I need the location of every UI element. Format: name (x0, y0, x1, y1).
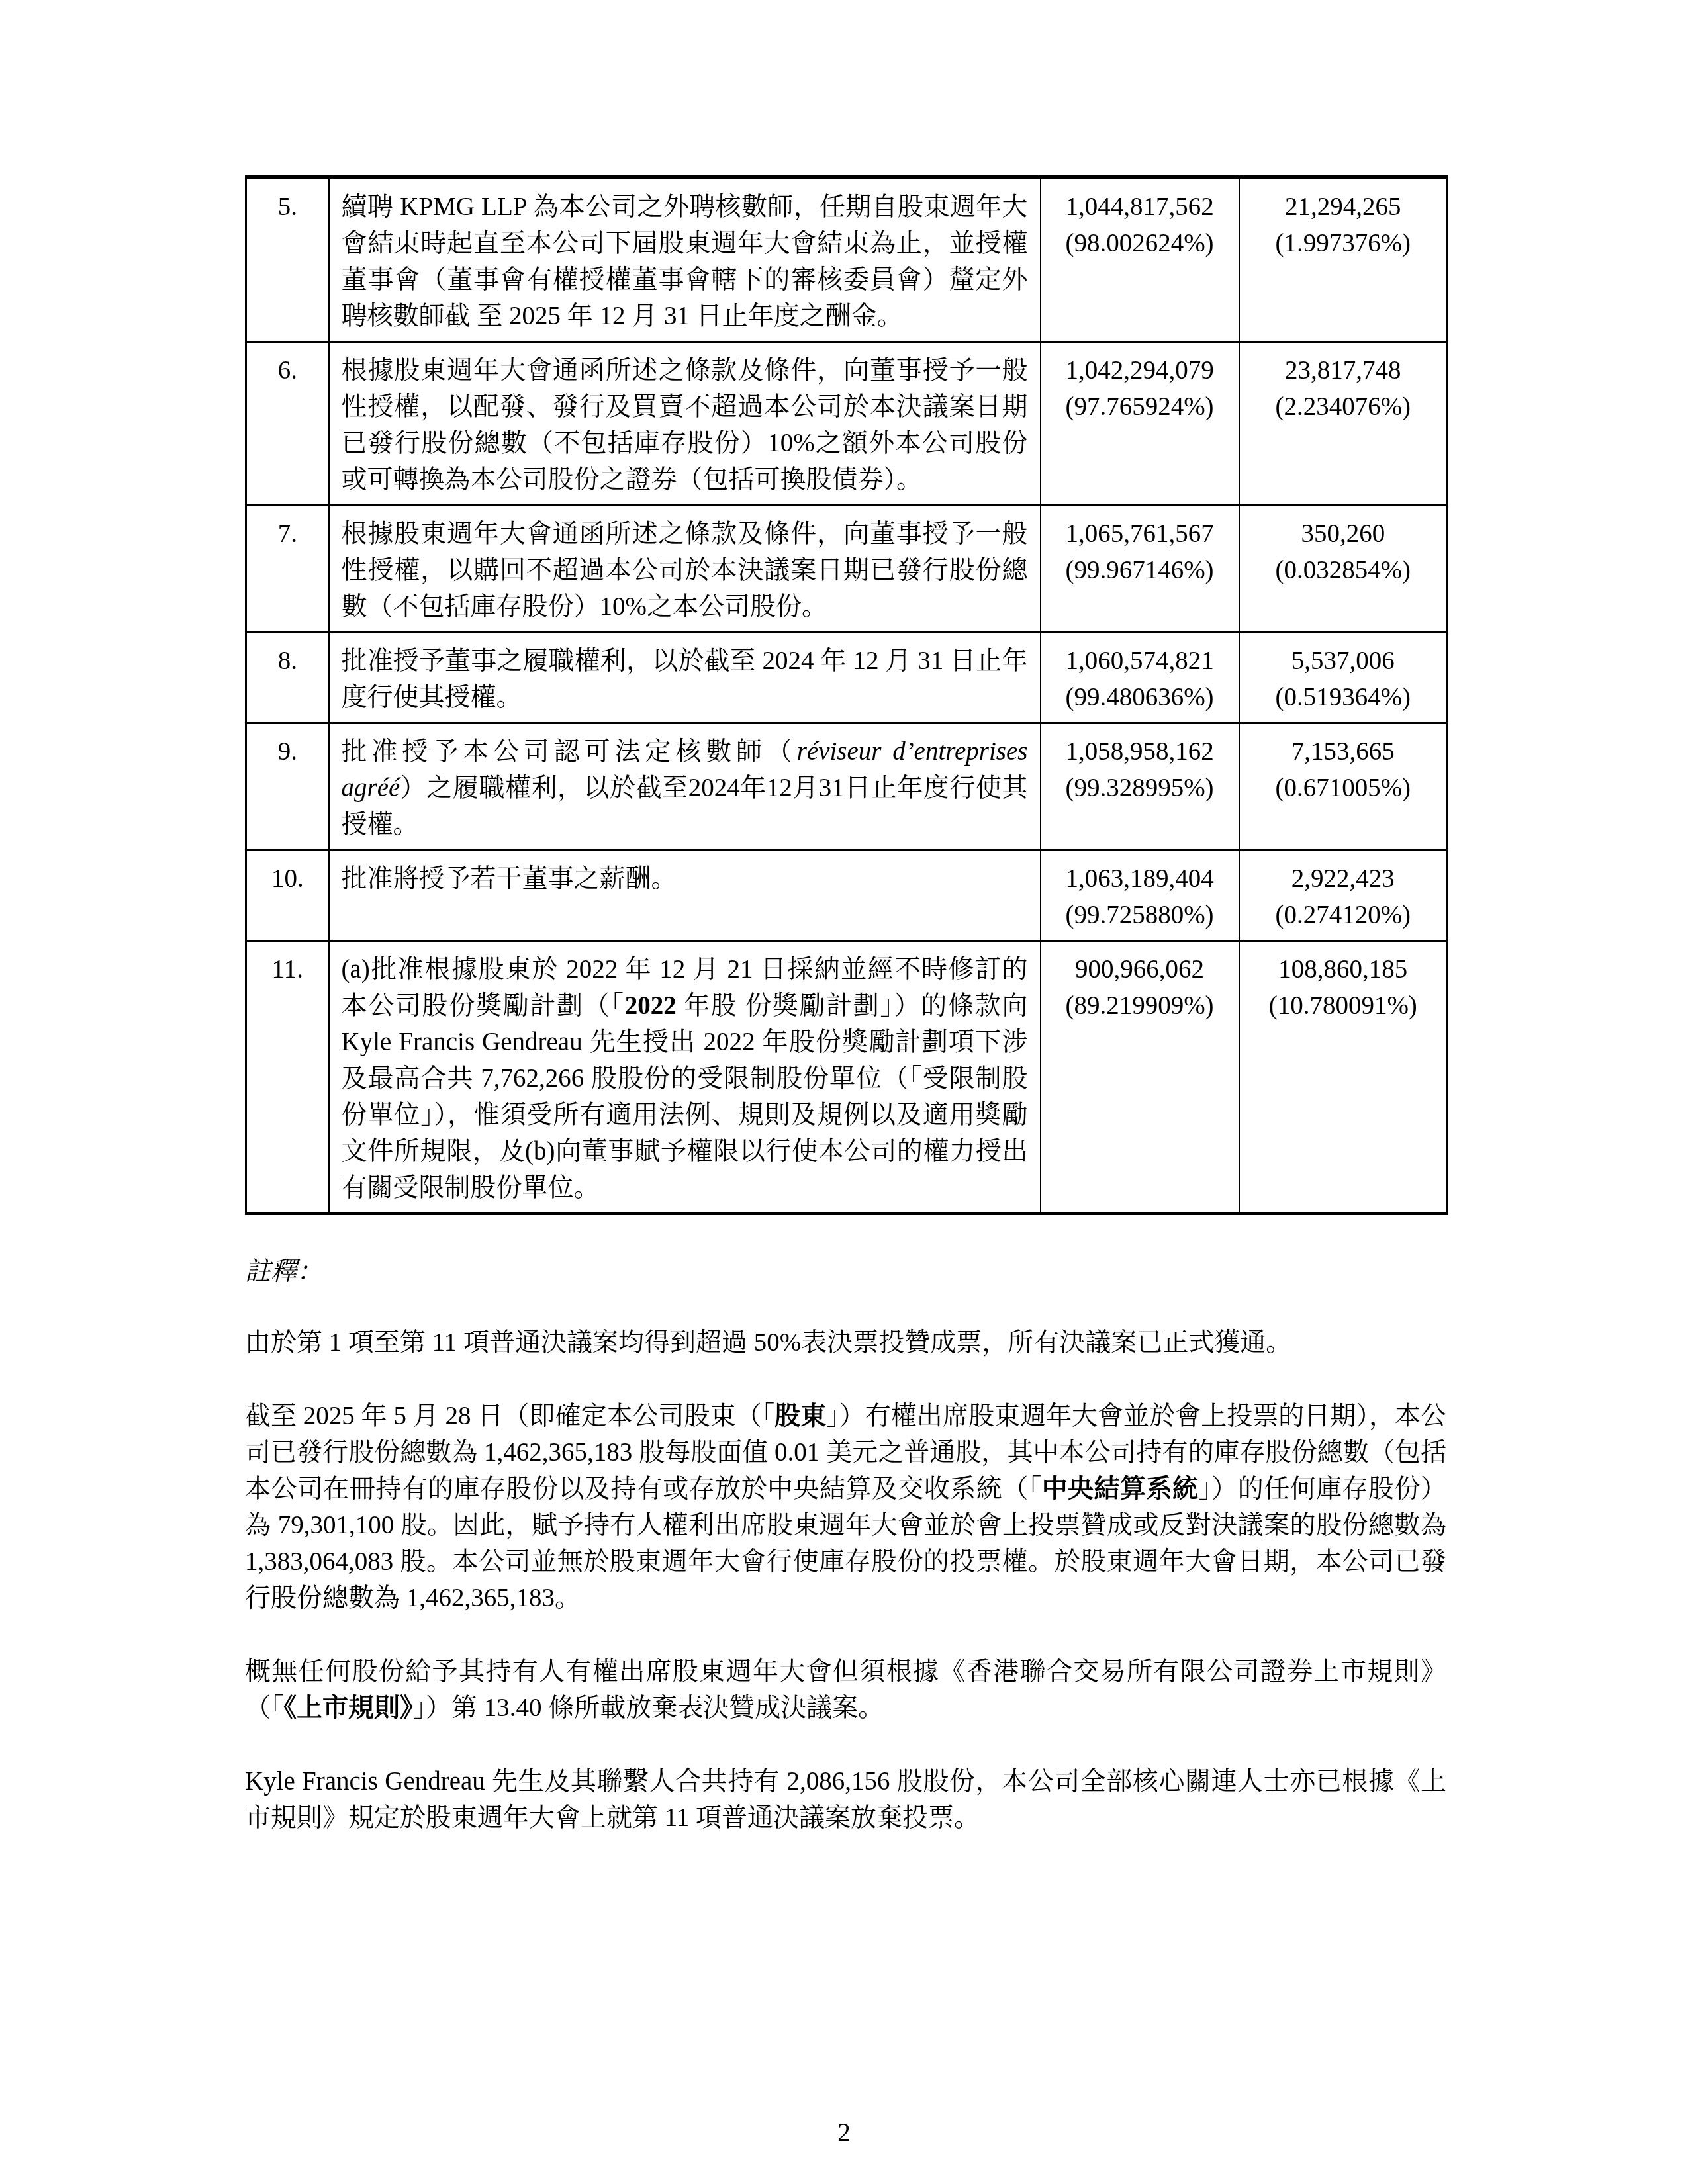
resolution-number-cell: 11. (246, 941, 329, 1214)
votes-for-count: 1,058,958,162 (1053, 733, 1227, 770)
resolution-number-cell: 8. (246, 633, 329, 723)
votes-for-cell: 1,042,294,079 (97.765924%) (1041, 342, 1239, 506)
table-row: 6. 根據股東週年大會通函所述之條款及條件，向董事授予一般性授權，以配發、發行及… (246, 342, 1448, 506)
resolutions-table-body: 5. 續聘 KPMG LLP 為本公司之外聘核數師，任期自股東週年大會結束時起直… (246, 177, 1448, 1214)
votes-against-cell: 21,294,265 (1.997376%) (1239, 177, 1448, 342)
page-number: 2 (0, 2118, 1688, 2148)
votes-against-cell: 350,260 (0.032854%) (1239, 506, 1448, 633)
votes-against-percent: (1.997376%) (1252, 225, 1435, 261)
note-paragraph-2: 截至 2025 年 5 月 28 日（即確定本公司股東（「股東」）有權出席股東週… (245, 1398, 1446, 1616)
votes-for-count: 1,065,761,567 (1053, 516, 1227, 552)
resolution-text-cell: 根據股東週年大會通函所述之條款及條件，向董事授予一般性授權，以配發、發行及買賣不… (329, 342, 1041, 506)
table-row: 7. 根據股東週年大會通函所述之條款及條件，向董事授予一般性授權，以購回不超過本… (246, 506, 1448, 633)
votes-for-percent: (99.328995%) (1053, 770, 1227, 806)
note-paragraph-4: Kyle Francis Gendreau 先生及其聯繫人合共持有 2,086,… (245, 1763, 1446, 1836)
votes-against-cell: 5,537,006 (0.519364%) (1239, 633, 1448, 723)
votes-against-count: 2,922,423 (1252, 860, 1435, 897)
votes-against-count: 108,860,185 (1252, 951, 1435, 987)
votes-for-cell: 1,044,817,562 (98.002624%) (1041, 177, 1239, 342)
resolution-number-cell: 10. (246, 850, 329, 941)
votes-against-cell: 108,860,185 (10.780091%) (1239, 941, 1448, 1214)
votes-for-cell: 1,060,574,821 (99.480636%) (1041, 633, 1239, 723)
votes-against-cell: 23,817,748 (2.234076%) (1239, 342, 1448, 506)
votes-for-cell: 1,065,761,567 (99.967146%) (1041, 506, 1239, 633)
resolution-text-cell: 批准授予董事之履職權利，以於截至 2024 年 12 月 31 日止年度行使其授… (329, 633, 1041, 723)
notes-section: 註釋： 由於第 1 項至第 11 項普通決議案均得到超過 50%表決票投贊成票，… (245, 1253, 1446, 1836)
votes-against-percent: (2.234076%) (1252, 388, 1435, 425)
votes-for-percent: (89.219909%) (1053, 987, 1227, 1024)
resolution-number-cell: 7. (246, 506, 329, 633)
votes-against-count: 21,294,265 (1252, 189, 1435, 225)
votes-for-cell: 1,063,189,404 (99.725880%) (1041, 850, 1239, 941)
votes-for-percent: (99.967146%) (1053, 552, 1227, 588)
resolution-text-cell: (a)批准根據股東於 2022 年 12 月 21 日採納並經不時修訂的本公司股… (329, 941, 1041, 1214)
votes-against-percent: (0.032854%) (1252, 552, 1435, 588)
table-row: 9. 批准授予本公司認可法定核數師（réviseur d’entreprises… (246, 723, 1448, 850)
votes-for-count: 1,063,189,404 (1053, 860, 1227, 897)
votes-against-cell: 7,153,665 (0.671005%) (1239, 723, 1448, 850)
votes-against-cell: 2,922,423 (0.274120%) (1239, 850, 1448, 941)
votes-for-count: 1,042,294,079 (1053, 352, 1227, 388)
votes-for-percent: (99.480636%) (1053, 679, 1227, 715)
resolution-text-cell: 批准授予本公司認可法定核數師（réviseur d’entreprises ag… (329, 723, 1041, 850)
notes-heading: 註釋： (245, 1253, 1446, 1290)
votes-against-percent: (0.274120%) (1252, 897, 1435, 933)
resolution-number-cell: 5. (246, 177, 329, 342)
votes-against-percent: (0.519364%) (1252, 679, 1435, 715)
note-paragraph-1: 由於第 1 項至第 11 項普通決議案均得到超過 50%表決票投贊成票，所有決議… (245, 1324, 1446, 1361)
document-page: 5. 續聘 KPMG LLP 為本公司之外聘核數師，任期自股東週年大會結束時起直… (0, 0, 1688, 2184)
table-row: 5. 續聘 KPMG LLP 為本公司之外聘核數師，任期自股東週年大會結束時起直… (246, 177, 1448, 342)
note-paragraph-3: 概無任何股份給予其持有人有權出席股東週年大會但須根據《香港聯合交易所有限公司證券… (245, 1653, 1446, 1726)
votes-for-percent: (99.725880%) (1053, 897, 1227, 933)
votes-against-count: 23,817,748 (1252, 352, 1435, 388)
table-row: 11. (a)批准根據股東於 2022 年 12 月 21 日採納並經不時修訂的… (246, 941, 1448, 1214)
votes-for-count: 1,060,574,821 (1053, 643, 1227, 679)
resolution-number-cell: 6. (246, 342, 329, 506)
table-row: 8. 批准授予董事之履職權利，以於截至 2024 年 12 月 31 日止年度行… (246, 633, 1448, 723)
votes-against-count: 5,537,006 (1252, 643, 1435, 679)
votes-for-cell: 900,966,062 (89.219909%) (1041, 941, 1239, 1214)
votes-for-percent: (98.002624%) (1053, 225, 1227, 261)
votes-against-percent: (0.671005%) (1252, 770, 1435, 806)
votes-for-count: 1,044,817,562 (1053, 189, 1227, 225)
resolution-text-cell: 續聘 KPMG LLP 為本公司之外聘核數師，任期自股東週年大會結束時起直至本公… (329, 177, 1041, 342)
resolution-text-cell: 根據股東週年大會通函所述之條款及條件，向董事授予一般性授權，以購回不超過本公司於… (329, 506, 1041, 633)
votes-against-count: 7,153,665 (1252, 733, 1435, 770)
votes-for-count: 900,966,062 (1053, 951, 1227, 987)
votes-against-count: 350,260 (1252, 516, 1435, 552)
resolutions-table: 5. 續聘 KPMG LLP 為本公司之外聘核數師，任期自股東週年大會結束時起直… (245, 175, 1448, 1215)
votes-for-cell: 1,058,958,162 (99.328995%) (1041, 723, 1239, 850)
votes-against-percent: (10.780091%) (1252, 987, 1435, 1024)
table-row: 10. 批准將授予若干董事之薪酬。 1,063,189,404 (99.7258… (246, 850, 1448, 941)
resolution-number-cell: 9. (246, 723, 329, 850)
votes-for-percent: (97.765924%) (1053, 388, 1227, 425)
page-content: 5. 續聘 KPMG LLP 為本公司之外聘核數師，任期自股東週年大會結束時起直… (245, 175, 1446, 1836)
resolution-text-cell: 批准將授予若干董事之薪酬。 (329, 850, 1041, 941)
